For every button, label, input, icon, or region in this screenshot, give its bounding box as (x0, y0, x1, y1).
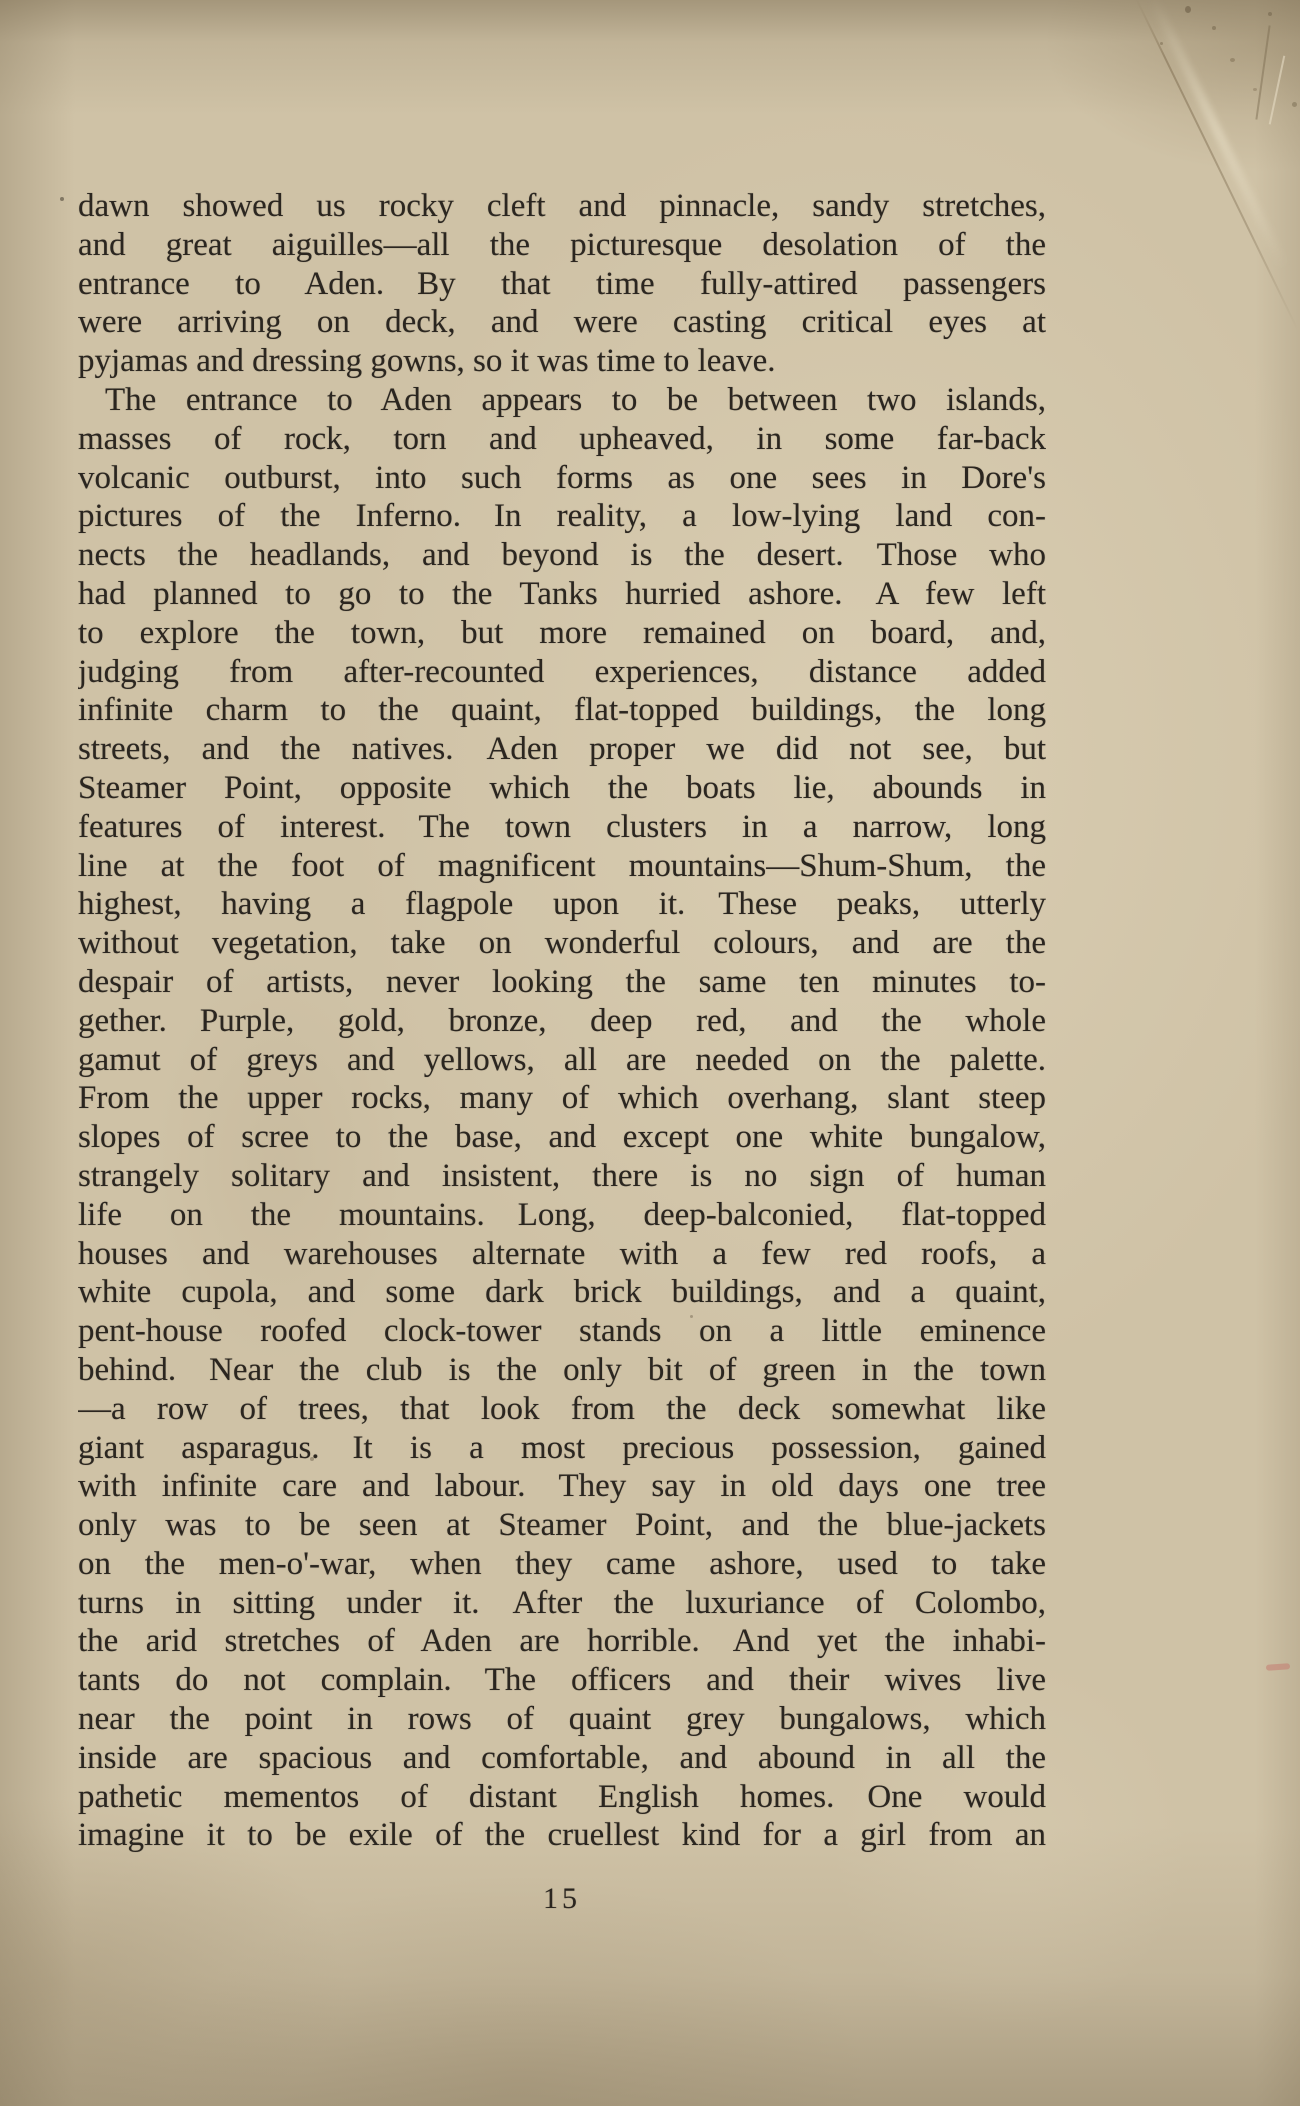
paper-speck (1292, 102, 1297, 107)
text-line: streets, and the natives. Aden proper we… (78, 730, 1046, 769)
paper-speck (1268, 12, 1272, 16)
paper-scratch (1269, 56, 1285, 125)
text-line: —a row of trees, that look from the deck… (78, 1390, 1046, 1429)
paper-speck (1212, 26, 1216, 30)
text-line: Steamer Point, opposite which the boats … (78, 769, 1046, 808)
paper-speck (60, 197, 64, 201)
text-line: to explore the town, but more remained o… (78, 614, 1046, 653)
text-line: turns in sitting under it. After the lux… (78, 1584, 1046, 1623)
text-line: entrance to Aden. By that time fully-att… (78, 265, 1046, 304)
text-line: line at the foot of magnificent mountain… (78, 847, 1046, 886)
text-line: gamut of greys and yellows, all are need… (78, 1041, 1046, 1080)
paper-crease (1134, 0, 1299, 331)
text-line: were arriving on deck, and were casting … (78, 303, 1046, 342)
text-line: imagine it to be exile of the cruellest … (78, 1816, 1046, 1855)
page-number: 15 (78, 1882, 1046, 1916)
text-line: masses of rock, torn and upheaved, in so… (78, 420, 1046, 459)
text-line: life on the mountains. Long, deep-balcon… (78, 1196, 1046, 1235)
text-line: highest, having a flagpole upon it. Thes… (78, 885, 1046, 924)
text-line: pictures of the Inferno. In reality, a l… (78, 497, 1046, 536)
text-line: strangely solitary and insistent, there … (78, 1157, 1046, 1196)
text-line: volcanic outburst, into such forms as on… (78, 459, 1046, 498)
text-line: pent-house roofed clock-tower stands on … (78, 1312, 1046, 1351)
text-line: without vegetation, take on wonderful co… (78, 924, 1046, 963)
text-line: features of interest. The town clusters … (78, 808, 1046, 847)
paper-pink-mark (1266, 1663, 1290, 1671)
text-line: slopes of scree to the base, and except … (78, 1118, 1046, 1157)
text-line: despair of artists, never looking the sa… (78, 963, 1046, 1002)
text-line: From the upper rocks, many of which over… (78, 1079, 1046, 1118)
text-line: near the point in rows of quaint grey bu… (78, 1700, 1046, 1739)
paper-speck (1253, 88, 1257, 91)
text-line: the arid stretches of Aden are horrible.… (78, 1622, 1046, 1661)
text-line: tants do not complain. The officers and … (78, 1661, 1046, 1700)
text-line: only was to be seen at Steamer Point, an… (78, 1506, 1046, 1545)
paper-speck (1160, 42, 1163, 45)
paper-speck (1185, 6, 1191, 13)
text-line: houses and warehouses alternate with a f… (78, 1235, 1046, 1274)
text-line: gether. Purple, gold, bronze, deep red, … (78, 1002, 1046, 1041)
text-line: judging from after-recounted experiences… (78, 653, 1046, 692)
text-line: had planned to go to the Tanks hurried a… (78, 575, 1046, 614)
text-line: on the men-o'-war, when they came ashore… (78, 1545, 1046, 1584)
text-line: with infinite care and labour. They say … (78, 1467, 1046, 1506)
text-line: behind. Near the club is the only bit of… (78, 1351, 1046, 1390)
paper-scratch (1255, 25, 1270, 119)
text-line: infinite charm to the quaint, flat-toppe… (78, 691, 1046, 730)
text-line: The entrance to Aden appears to be betwe… (78, 381, 1046, 420)
page-text: dawn showed us rocky cleft and pinnacle,… (78, 187, 1046, 1855)
text-line: pyjamas and dressing gowns, so it was ti… (78, 342, 1046, 381)
text-line: dawn showed us rocky cleft and pinnacle,… (78, 187, 1046, 226)
text-line: nects the headlands, and beyond is the d… (78, 536, 1046, 575)
text-line: giant asparagus. It is a most precious p… (78, 1429, 1046, 1468)
text-line: inside are spacious and comfortable, and… (78, 1739, 1046, 1778)
text-line: and great aiguilles—all the picturesque … (78, 226, 1046, 265)
paper-speck (1230, 58, 1235, 62)
text-line: white cupola, and some dark brick buildi… (78, 1273, 1046, 1312)
text-line: pathetic mementos of distant English hom… (78, 1778, 1046, 1817)
